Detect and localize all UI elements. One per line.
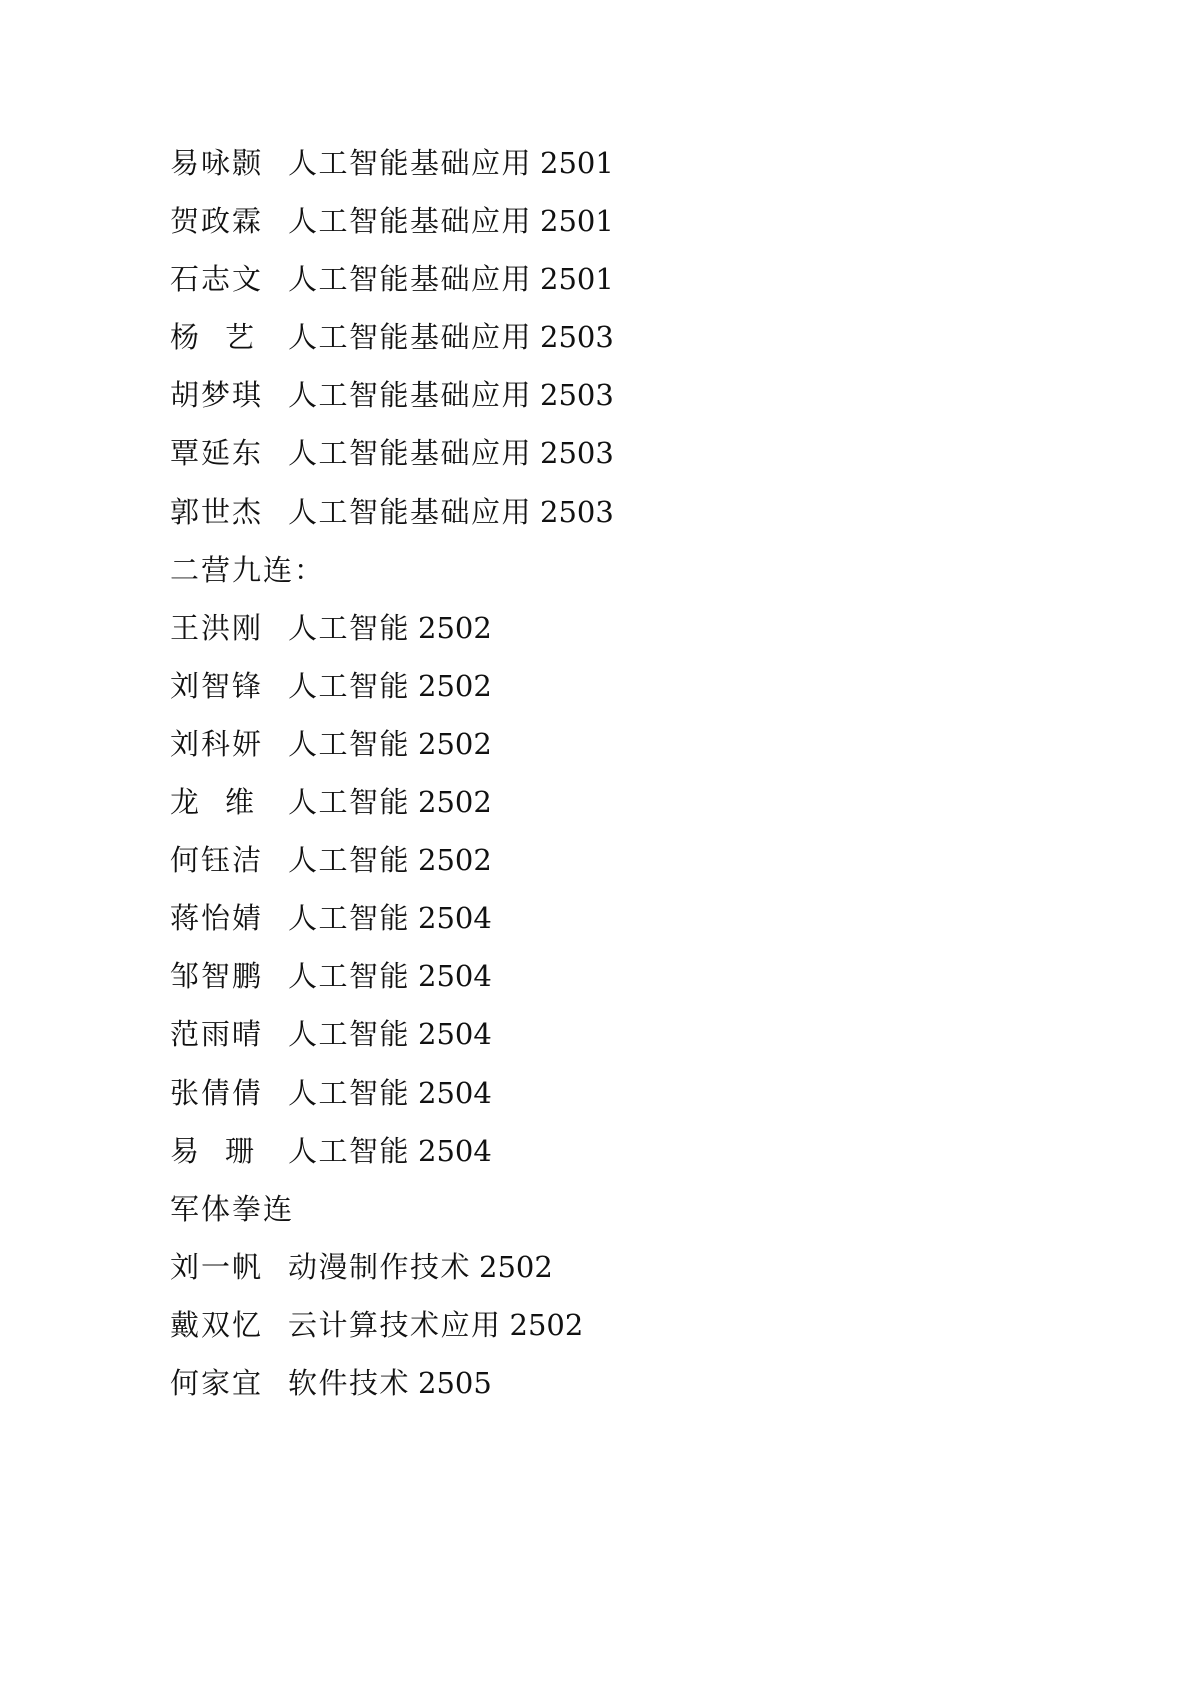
class-number: 2504	[418, 901, 492, 935]
major-class: 人工智能2502	[288, 663, 492, 709]
student-name: 胡梦琪	[170, 372, 288, 418]
major-name: 人工智能	[288, 1076, 410, 1110]
roster-entry: 范雨晴人工智能2504	[170, 1011, 1070, 1069]
student-name: 戴双忆	[170, 1302, 288, 1348]
class-number: 2502	[418, 669, 492, 703]
class-number: 2503	[540, 320, 614, 354]
major-name: 人工智能	[288, 669, 410, 703]
roster-entry: 邹智鹏人工智能2504	[170, 953, 1070, 1011]
student-name-char: 龙	[170, 779, 201, 825]
major-name: 人工智能基础应用	[288, 320, 532, 354]
student-name: 易咏颢	[170, 140, 288, 186]
section-heading-text: 军体拳连	[170, 1186, 294, 1232]
student-name: 覃延东	[170, 430, 288, 476]
roster-entry: 易咏颢人工智能基础应用2501	[170, 140, 1070, 198]
student-name: 王洪刚	[170, 605, 288, 651]
class-number: 2502	[418, 611, 492, 645]
student-name: 范雨晴	[170, 1011, 288, 1057]
student-name-char: 维	[225, 779, 256, 825]
student-name-char: 杨	[170, 314, 201, 360]
section-heading-text: 二营九连：	[170, 547, 325, 593]
roster-entry: 蒋怡婧人工智能2504	[170, 895, 1070, 953]
roster-entry: 王洪刚人工智能2502	[170, 605, 1070, 663]
document-page: 易咏颢人工智能基础应用2501贺政霖人工智能基础应用2501石志文人工智能基础应…	[0, 0, 1191, 1684]
major-class: 人工智能基础应用2503	[288, 489, 614, 535]
major-class: 人工智能2502	[288, 779, 492, 825]
class-number: 2502	[479, 1250, 553, 1284]
roster-entry: 刘科妍人工智能2502	[170, 721, 1070, 779]
roster-entry: 刘一帆动漫制作技术2502	[170, 1244, 1070, 1302]
major-name: 人工智能基础应用	[288, 495, 532, 529]
roster-entry: 胡梦琪人工智能基础应用2503	[170, 372, 1070, 430]
roster-entry: 贺政霖人工智能基础应用2501	[170, 198, 1070, 256]
student-name: 蒋怡婧	[170, 895, 288, 941]
major-name: 动漫制作技术	[288, 1250, 471, 1284]
roster-entry: 刘智锋人工智能2502	[170, 663, 1070, 721]
student-name: 刘科妍	[170, 721, 288, 767]
student-name-char: 易	[170, 1128, 201, 1174]
student-name: 龙维	[170, 779, 256, 825]
major-class: 人工智能基础应用2503	[288, 314, 614, 360]
major-name: 云计算技术应用	[288, 1308, 502, 1342]
student-name: 郭世杰	[170, 489, 288, 535]
major-name: 人工智能基础应用	[288, 146, 532, 180]
student-name: 刘智锋	[170, 663, 288, 709]
major-class: 人工智能2504	[288, 895, 492, 941]
student-name: 刘一帆	[170, 1244, 288, 1290]
major-name: 人工智能基础应用	[288, 436, 532, 470]
major-class: 人工智能基础应用2503	[288, 372, 614, 418]
major-class: 人工智能2502	[288, 605, 492, 651]
class-number: 2503	[540, 378, 614, 412]
roster-entry: 张倩倩人工智能2504	[170, 1070, 1070, 1128]
major-name: 人工智能基础应用	[288, 262, 532, 296]
class-number: 2505	[418, 1366, 492, 1400]
major-class: 人工智能2504	[288, 1011, 492, 1057]
student-name: 贺政霖	[170, 198, 288, 244]
student-name: 张倩倩	[170, 1070, 288, 1116]
student-name-char: 艺	[225, 314, 256, 360]
roster-entry: 龙维人工智能2502	[170, 779, 1070, 837]
student-name: 杨艺	[170, 314, 256, 360]
major-name: 人工智能基础应用	[288, 204, 532, 238]
class-number: 2504	[418, 1017, 492, 1051]
class-number: 2502	[418, 727, 492, 761]
roster-entry: 杨艺人工智能基础应用2503	[170, 314, 1070, 372]
major-name: 人工智能	[288, 611, 410, 645]
class-number: 2504	[418, 1134, 492, 1168]
student-name-char: 珊	[225, 1128, 256, 1174]
major-name: 人工智能	[288, 727, 410, 761]
major-class: 人工智能2504	[288, 1128, 492, 1174]
class-number: 2501	[540, 204, 614, 238]
roster-entry: 易珊人工智能2504	[170, 1128, 1070, 1186]
major-name: 人工智能	[288, 843, 410, 877]
major-class: 人工智能基础应用2501	[288, 140, 614, 186]
class-number: 2502	[418, 843, 492, 877]
major-class: 人工智能2502	[288, 721, 492, 767]
major-class: 软件技术2505	[288, 1360, 492, 1406]
major-name: 人工智能	[288, 1134, 410, 1168]
student-name: 何钰洁	[170, 837, 288, 883]
major-class: 云计算技术应用2502	[288, 1302, 583, 1348]
major-class: 动漫制作技术2502	[288, 1244, 553, 1290]
class-number: 2503	[540, 436, 614, 470]
major-name: 软件技术	[288, 1366, 410, 1400]
section-heading: 二营九连：	[170, 547, 1070, 605]
major-class: 人工智能2504	[288, 1070, 492, 1116]
class-number: 2501	[540, 146, 614, 180]
roster-entry: 戴双忆云计算技术应用2502	[170, 1302, 1070, 1360]
major-class: 人工智能基础应用2501	[288, 198, 614, 244]
class-number: 2502	[510, 1308, 584, 1342]
major-name: 人工智能基础应用	[288, 378, 532, 412]
roster-entry: 郭世杰人工智能基础应用2503	[170, 489, 1070, 547]
class-number: 2504	[418, 959, 492, 993]
roster-entry: 覃延东人工智能基础应用2503	[170, 430, 1070, 488]
major-name: 人工智能	[288, 785, 410, 819]
major-class: 人工智能2502	[288, 837, 492, 883]
roster-entry: 石志文人工智能基础应用2501	[170, 256, 1070, 314]
major-class: 人工智能基础应用2501	[288, 256, 614, 302]
roster-entry: 何家宜软件技术2505	[170, 1360, 1070, 1418]
section-heading: 军体拳连	[170, 1186, 1070, 1244]
student-name: 石志文	[170, 256, 288, 302]
major-class: 人工智能基础应用2503	[288, 430, 614, 476]
class-number: 2501	[540, 262, 614, 296]
major-name: 人工智能	[288, 959, 410, 993]
student-name: 邹智鹏	[170, 953, 288, 999]
class-number: 2503	[540, 495, 614, 529]
major-class: 人工智能2504	[288, 953, 492, 999]
student-name: 易珊	[170, 1128, 256, 1174]
student-name: 何家宜	[170, 1360, 288, 1406]
class-number: 2502	[418, 785, 492, 819]
major-name: 人工智能	[288, 901, 410, 935]
roster-entry: 何钰洁人工智能2502	[170, 837, 1070, 895]
major-name: 人工智能	[288, 1017, 410, 1051]
class-number: 2504	[418, 1076, 492, 1110]
roster-list: 易咏颢人工智能基础应用2501贺政霖人工智能基础应用2501石志文人工智能基础应…	[170, 140, 1070, 1418]
